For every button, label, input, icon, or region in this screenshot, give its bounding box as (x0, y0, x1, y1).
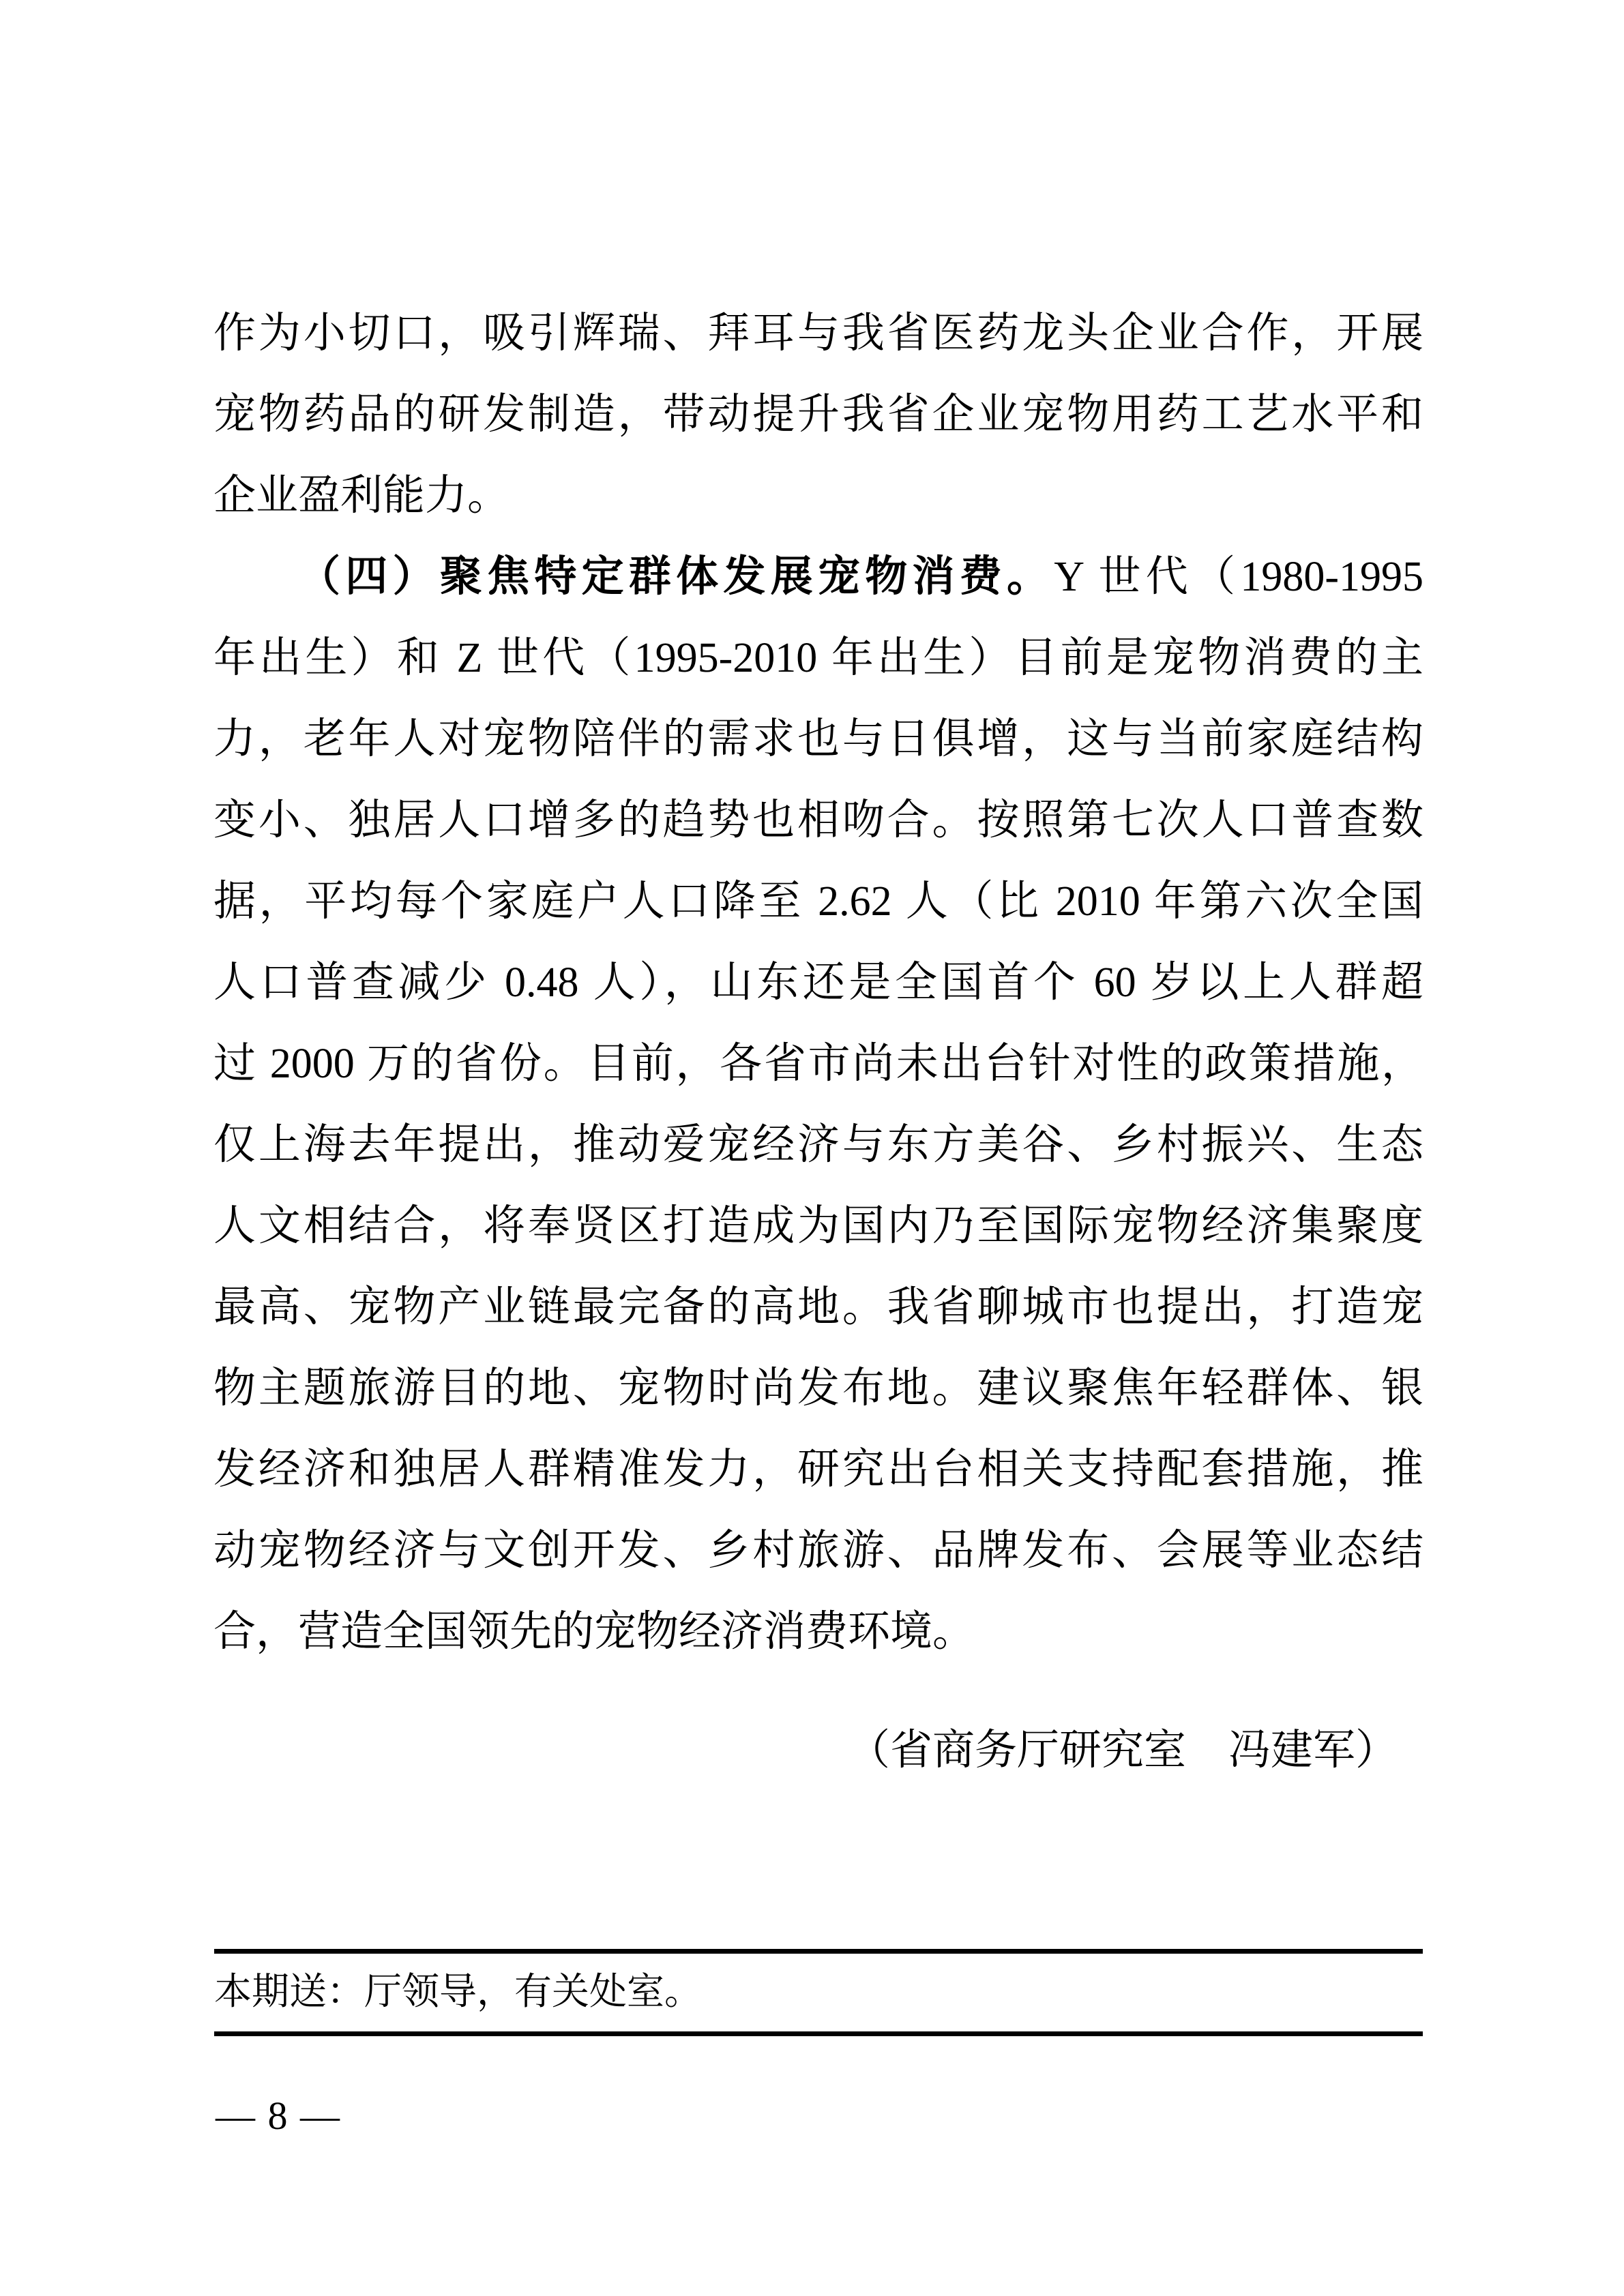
distribution-note: 本期送：厅领导，有关处室。 (214, 1970, 1423, 2014)
body-line: 据，平均每个家庭户人口降至 2.62 人（比 2010 年第六次全国 (213, 861, 1423, 942)
body-line: 力，老年人对宠物陪伴的需求也与日俱增，这与当前家庭结构 (213, 699, 1423, 780)
body-line: 变小、独居人口增多的趋势也相吻合。按照第七次人口普查数 (213, 780, 1423, 861)
body-line: 人文相结合，将奉贤区打造成为国内乃至国际宠物经济集聚度 (213, 1186, 1423, 1267)
body-line: 宠物药品的研发制造，带动提升我省企业宠物用药工艺水平和 (213, 374, 1423, 456)
footer-rule-bottom (214, 2031, 1423, 2036)
body-line: 人口普查减少 0.48 人），山东还是全国首个 60 岁以上人群超 (213, 942, 1423, 1024)
body-line: 合，营造全国领先的宠物经济消费环境。 (213, 1592, 1423, 1673)
signature-line: （省商务厅研究室 冯建军） (213, 1710, 1423, 1791)
body-line: 年出生）和 Z 世代（1995-2010 年出生）目前是宠物消费的主 (213, 618, 1423, 699)
body-line: 最高、宠物产业链最完备的高地。我省聊城市也提出，打造宠 (213, 1267, 1423, 1348)
body-line: 物主题旅游目的地、宠物时尚发布地。建议聚焦年轻群体、银 (213, 1348, 1423, 1429)
body-text: 作为小切口，吸引辉瑞、拜耳与我省医药龙头企业合作，开展 宠物药品的研发制造，带动… (213, 293, 1423, 1673)
body-line: 仅上海去年提出，推动爱宠经济与东方美谷、乡村振兴、生态 (213, 1105, 1423, 1186)
document-page: 作为小切口，吸引辉瑞、拜耳与我省医药龙头企业合作，开展 宠物药品的研发制造，带动… (0, 0, 1624, 2296)
body-line: 发经济和独居人群精准发力，研究出台相关支持配套措施，推 (213, 1429, 1423, 1510)
body-line-heading: （四）聚焦特定群体发展宠物消费。Y 世代（1980-1995 (213, 537, 1423, 618)
body-line: 动宠物经济与文创开发、乡村旅游、品牌发布、会展等业态结 (213, 1510, 1423, 1592)
page-number: — 8 — (216, 2093, 341, 2138)
footer-rule-top (214, 1949, 1423, 1954)
section-heading: （四）聚焦特定群体发展宠物消费。 (298, 554, 1054, 600)
body-line: 作为小切口，吸引辉瑞、拜耳与我省医药龙头企业合作，开展 (213, 293, 1423, 374)
body-line: 企业盈利能力。 (213, 456, 1423, 537)
body-line: 过 2000 万的省份。目前，各省市尚未出台针对性的政策措施， (213, 1024, 1423, 1105)
heading-line-rest: Y 世代（1980-1995 (1054, 554, 1423, 600)
